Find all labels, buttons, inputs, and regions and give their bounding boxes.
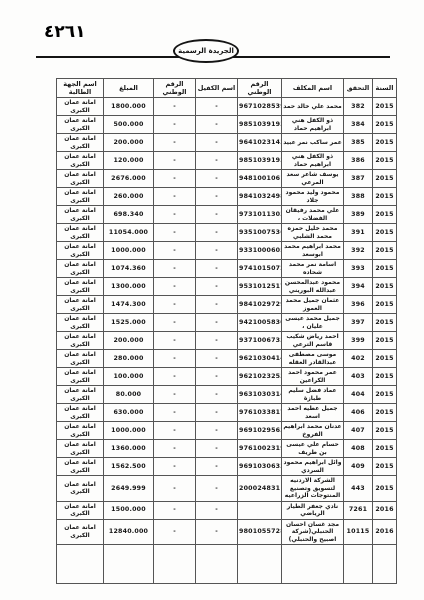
cell-taxpayer-name: احمد رياض شكيب قاسم الترعي (282, 332, 344, 350)
table-row: 2015 389 علي محمد رفيقان الفضلات ، 97310… (57, 206, 397, 224)
cell-taxpayer-name: ذو الكفل هني ابراهيم حماد (282, 116, 344, 134)
table-body: 2015 382 محمد علي خالد حمد 9671028539 - … (57, 98, 397, 584)
cell-assessment: 7261 (344, 501, 373, 519)
cell-assessment: 407 (344, 422, 373, 440)
cell-empty (57, 545, 104, 584)
table-row: 2015 397 جميل محمد عيسى عليان ، 94210058… (57, 314, 397, 332)
table-row: 2015 382 محمد علي خالد حمد 9671028539 - … (57, 98, 397, 116)
cell-sponsor-name: - (196, 134, 238, 152)
cell-assessment: 404 (344, 386, 373, 404)
cell-sponsor-national-id: - (154, 501, 196, 519)
cell-amount: 1474.300 (104, 296, 154, 314)
cell-year: 2015 (373, 404, 397, 422)
cell-sponsor-national-id: - (154, 332, 196, 350)
cell-requesting-agency: امانة عمان الكبرى (57, 350, 104, 368)
header-amount: المبلغ (104, 79, 154, 98)
cell-requesting-agency: امانة عمان الكبرى (57, 386, 104, 404)
cell-year: 2015 (373, 98, 397, 116)
cell-sponsor-name: - (196, 152, 238, 170)
page-number: ٤٢٦١ (44, 22, 86, 42)
cell-sponsor-national-id: - (154, 188, 196, 206)
cell-national-id: 9421005830 (238, 314, 282, 332)
table-row: 2015 384 ذو الكفل هني ابراهيم حماد 98510… (57, 116, 397, 134)
cell-national-id: 9621030414 (238, 350, 282, 368)
cell-sponsor-name: - (196, 476, 238, 502)
cell-empty (104, 545, 154, 584)
cell-national-id: 9371006733 (238, 332, 282, 350)
table-row: 2015 443 الشركة الاردنيه لتسويق وتصنيع ا… (57, 476, 397, 502)
cell-amount: 2649.999 (104, 476, 154, 502)
cell-amount: 1000.000 (104, 422, 154, 440)
cell-national-id: 200024831 (238, 476, 282, 502)
cell-requesting-agency: امانة عمان الكبرى (57, 260, 104, 278)
cell-requesting-agency: امانة عمان الكبرى (57, 278, 104, 296)
cell-amount: 698.340 (104, 206, 154, 224)
table-row: 2015 396 عثمان جميل محمد العموز 98410297… (57, 296, 397, 314)
cell-taxpayer-name: علي محمد رفيقان الفضلات ، (282, 206, 344, 224)
cell-taxpayer-name: ذو الكفل هني ابراهيم حماد (282, 152, 344, 170)
cell-sponsor-name: - (196, 296, 238, 314)
cell-requesting-agency: امانة عمان الكبرى (57, 242, 104, 260)
cell-year: 2015 (373, 332, 397, 350)
cell-assessment: 399 (344, 332, 373, 350)
header-taxpayer-name: اسم المكلف (282, 79, 344, 98)
cell-amount: 120.000 (104, 152, 154, 170)
cell-sponsor-name: - (196, 350, 238, 368)
cell-sponsor-national-id: - (154, 134, 196, 152)
cell-sponsor-name: - (196, 116, 238, 134)
cell-requesting-agency: امانة عمان الكبرى (57, 296, 104, 314)
cell-assessment: 409 (344, 458, 373, 476)
cell-amount: 260.000 (104, 188, 154, 206)
cell-sponsor-name: - (196, 314, 238, 332)
table-header-row: السنة التحقق اسم المكلف الرقم الوطني اسم… (57, 79, 397, 98)
header-assessment: التحقق (344, 79, 373, 98)
cell-sponsor-name: - (196, 404, 238, 422)
cell-assessment: 391 (344, 224, 373, 242)
cell-assessment: 382 (344, 98, 373, 116)
cell-amount: 12840.000 (104, 519, 154, 545)
cell-assessment: 393 (344, 260, 373, 278)
cell-national-id: 9741015072 (238, 260, 282, 278)
cell-requesting-agency: امانة عمان الكبرى (57, 314, 104, 332)
cell-taxpayer-name: محمد خليل حمزه محمد الشلبي (282, 224, 344, 242)
cell-national-id: 9481001061 (238, 170, 282, 188)
cell-national-id: 9531012517 (238, 278, 282, 296)
table-row: 2015 404 عماد فضل سليم طبازة 9631030314 … (57, 386, 397, 404)
cell-assessment: 392 (344, 242, 373, 260)
cell-amount: 500.000 (104, 116, 154, 134)
cell-year: 2015 (373, 134, 397, 152)
cell-national-id: 9351007536 (238, 224, 282, 242)
cell-taxpayer-name: عدنان محمد ابراهيم الفروخ (282, 422, 344, 440)
cell-sponsor-name: - (196, 170, 238, 188)
table-row: 2015 408 حسام علي عيسى بن طريف 976100231… (57, 440, 397, 458)
cell-amount: 200.000 (104, 134, 154, 152)
cell-sponsor-name: - (196, 519, 238, 545)
taxpayers-table: السنة التحقق اسم المكلف الرقم الوطني اسم… (56, 78, 397, 584)
cell-sponsor-national-id: - (154, 152, 196, 170)
cell-assessment: 385 (344, 134, 373, 152)
cell-year: 2015 (373, 152, 397, 170)
header-sponsor-national-id: الرقم الوطني (154, 79, 196, 98)
cell-requesting-agency: امانة عمان الكبرى (57, 519, 104, 545)
cell-national-id: 9331000605 (238, 242, 282, 260)
cell-requesting-agency: امانة عمان الكبرى (57, 170, 104, 188)
cell-year: 2015 (373, 278, 397, 296)
cell-empty (373, 545, 397, 584)
cell-year: 2016 (373, 519, 397, 545)
cell-sponsor-name: - (196, 278, 238, 296)
cell-sponsor-national-id: - (154, 519, 196, 545)
cell-sponsor-national-id: - (154, 476, 196, 502)
cell-sponsor-national-id: - (154, 458, 196, 476)
table-row: 2015 403 عمر محمود احمد الكراعين 9621023… (57, 368, 397, 386)
cell-amount: 11054.000 (104, 224, 154, 242)
cell-amount: 1074.360 (104, 260, 154, 278)
cell-national-id (238, 501, 282, 519)
cell-requesting-agency: امانة عمان الكبرى (57, 422, 104, 440)
table-row: 2015 409 وائل ابراهيم محمود السردي 96910… (57, 458, 397, 476)
cell-national-id: 9631030314 (238, 386, 282, 404)
cell-year: 2015 (373, 242, 397, 260)
cell-sponsor-national-id: - (154, 350, 196, 368)
table-row: 2015 399 احمد رياض شكيب قاسم الترعي 9371… (57, 332, 397, 350)
header-sponsor-name: اسم الكفيل (196, 79, 238, 98)
table-row: 2016 10115 مجد غسان احسان الحنبلي(شركة ا… (57, 519, 397, 545)
cell-requesting-agency: امانة عمان الكبرى (57, 440, 104, 458)
cell-empty (196, 545, 238, 584)
cell-requesting-agency: امانة عمان الكبرى (57, 332, 104, 350)
table-row: 2015 392 محمد ابراهيم محمد ابوسعد 933100… (57, 242, 397, 260)
cell-year: 2015 (373, 458, 397, 476)
cell-sponsor-name: - (196, 368, 238, 386)
cell-national-id: 9691030633 (238, 458, 282, 476)
cell-sponsor-name: - (196, 188, 238, 206)
cell-taxpayer-name: محمد ابراهيم محمد ابوسعد (282, 242, 344, 260)
cell-sponsor-name: - (196, 224, 238, 242)
cell-taxpayer-name: عماد فضل سليم طبازة (282, 386, 344, 404)
cell-taxpayer-name: محمود عبدالمحسن عبدالله البوريني (282, 278, 344, 296)
cell-national-id: 9851039193 (238, 116, 282, 134)
cell-amount: 280.000 (104, 350, 154, 368)
table-row: 2015 393 اسامة نمر محمد شحاده 9741015072… (57, 260, 397, 278)
cell-assessment: 406 (344, 404, 373, 422)
cell-taxpayer-name: موسى مصطفى عبدالقادر العقله (282, 350, 344, 368)
cell-assessment: 394 (344, 278, 373, 296)
table-row: 2015 385 عمر ساكب نمر عبيد 9641023143 - … (57, 134, 397, 152)
cell-requesting-agency: امانة عمان الكبرى (57, 116, 104, 134)
cell-assessment: 408 (344, 440, 373, 458)
cell-requesting-agency: امانة عمان الكبرى (57, 152, 104, 170)
cell-year: 2015 (373, 296, 397, 314)
cell-sponsor-name: - (196, 242, 238, 260)
cell-taxpayer-name: يوسف شاعر سعد المرعي (282, 170, 344, 188)
cell-requesting-agency: امانة عمان الكبرى (57, 134, 104, 152)
cell-sponsor-national-id: - (154, 278, 196, 296)
cell-taxpayer-name: عمر ساكب نمر عبيد (282, 134, 344, 152)
cell-sponsor-national-id: - (154, 368, 196, 386)
cell-sponsor-national-id: - (154, 422, 196, 440)
cell-amount: 1360.000 (104, 440, 154, 458)
cell-year: 2015 (373, 476, 397, 502)
cell-national-id: 9671028539 (238, 98, 282, 116)
cell-year: 2015 (373, 224, 397, 242)
gazette-banner-oval: الجريدة الرسمية (173, 39, 239, 63)
cell-sponsor-national-id: - (154, 296, 196, 314)
cell-sponsor-name: - (196, 332, 238, 350)
cell-sponsor-name: - (196, 206, 238, 224)
cell-sponsor-national-id: - (154, 242, 196, 260)
gazette-banner-title: الجريدة الرسمية (178, 47, 234, 55)
cell-empty (344, 545, 373, 584)
cell-year: 2015 (373, 368, 397, 386)
cell-national-id: 9621023253 (238, 368, 282, 386)
cell-assessment: 388 (344, 188, 373, 206)
cell-taxpayer-name: حسام علي عيسى بن طريف (282, 440, 344, 458)
cell-sponsor-name: - (196, 501, 238, 519)
cell-amount: 1500.000 (104, 501, 154, 519)
table-row: 2015 406 جميل عطيه احمد اسعد 9761033817 … (57, 404, 397, 422)
cell-year: 2015 (373, 260, 397, 278)
cell-national-id: 9851039193 (238, 152, 282, 170)
cell-taxpayer-name: محمد علي خالد حمد (282, 98, 344, 116)
cell-sponsor-national-id: - (154, 440, 196, 458)
cell-sponsor-national-id: - (154, 314, 196, 332)
cell-amount: 200.000 (104, 332, 154, 350)
cell-requesting-agency: امانة عمان الكبرى (57, 98, 104, 116)
cell-assessment: 397 (344, 314, 373, 332)
table-row: 2015 391 محمد خليل حمزه محمد الشلبي 9351… (57, 224, 397, 242)
cell-year: 2015 (373, 314, 397, 332)
cell-year: 2015 (373, 116, 397, 134)
cell-taxpayer-name: اسامة نمر محمد شحاده (282, 260, 344, 278)
cell-assessment: 403 (344, 368, 373, 386)
gazette-page: ٤٢٦١ الجريدة الرسمية السنة التحقق اسم ال… (0, 0, 424, 600)
cell-national-id: 9761002319 (238, 440, 282, 458)
cell-amount: 2676.000 (104, 170, 154, 188)
table-row: 2015 386 ذو الكفل هني ابراهيم حماد 98510… (57, 152, 397, 170)
cell-empty (154, 545, 196, 584)
cell-empty (282, 545, 344, 584)
cell-amount: 80.000 (104, 386, 154, 404)
cell-year: 2015 (373, 350, 397, 368)
cell-amount: 1525.000 (104, 314, 154, 332)
cell-requesting-agency: امانة عمان الكبرى (57, 476, 104, 502)
cell-year: 2015 (373, 206, 397, 224)
cell-sponsor-national-id: - (154, 224, 196, 242)
cell-sponsor-national-id: - (154, 386, 196, 404)
cell-taxpayer-name: مجد غسان احسان الحنبلي(شركة اصبيح والحنب… (282, 519, 344, 545)
table-row: 2015 388 محمود وليد محمود جلاد 984103249… (57, 188, 397, 206)
cell-assessment: 386 (344, 152, 373, 170)
cell-taxpayer-name: الشركة الاردنيه لتسويق وتصنيع المنتوجات … (282, 476, 344, 502)
table-row: 2015 394 محمود عبدالمحسن عبدالله البورين… (57, 278, 397, 296)
cell-sponsor-name: - (196, 98, 238, 116)
cell-national-id: 9761033817 (238, 404, 282, 422)
cell-assessment: 389 (344, 206, 373, 224)
cell-assessment: 384 (344, 116, 373, 134)
table-header: السنة التحقق اسم المكلف الرقم الوطني اسم… (57, 79, 397, 98)
cell-assessment: 387 (344, 170, 373, 188)
cell-requesting-agency: امانة عمان الكبرى (57, 224, 104, 242)
cell-national-id: 9641023143 (238, 134, 282, 152)
cell-sponsor-national-id: - (154, 170, 196, 188)
cell-year: 2015 (373, 170, 397, 188)
cell-national-id: 9691029563 (238, 422, 282, 440)
cell-taxpayer-name: نادي جعفر الطيار الرياضي (282, 501, 344, 519)
cell-taxpayer-name: وائل ابراهيم محمود السردي (282, 458, 344, 476)
cell-sponsor-national-id: - (154, 404, 196, 422)
cell-sponsor-name: - (196, 422, 238, 440)
cell-amount: 1300.000 (104, 278, 154, 296)
cell-sponsor-national-id: - (154, 260, 196, 278)
cell-sponsor-national-id: - (154, 206, 196, 224)
cell-assessment: 443 (344, 476, 373, 502)
header-year: السنة (373, 79, 397, 98)
cell-requesting-agency: امانة عمان الكبرى (57, 188, 104, 206)
cell-taxpayer-name: جميل عطيه احمد اسعد (282, 404, 344, 422)
cell-sponsor-national-id: - (154, 116, 196, 134)
cell-assessment: 396 (344, 296, 373, 314)
table-row: 2015 407 عدنان محمد ابراهيم الفروخ 96910… (57, 422, 397, 440)
cell-national-id: 9841032498 (238, 188, 282, 206)
cell-sponsor-name: - (196, 440, 238, 458)
cell-requesting-agency: امانة عمان الكبرى (57, 501, 104, 519)
cell-national-id: 9841029729 (238, 296, 282, 314)
cell-amount: 630.000 (104, 404, 154, 422)
cell-national-id: 9731011303 (238, 206, 282, 224)
cell-amount: 1000.000 (104, 242, 154, 260)
cell-sponsor-name: - (196, 458, 238, 476)
cell-year: 2015 (373, 440, 397, 458)
cell-taxpayer-name: جميل محمد عيسى عليان ، (282, 314, 344, 332)
cell-sponsor-national-id: - (154, 98, 196, 116)
cell-assessment: 10115 (344, 519, 373, 545)
cell-year: 2015 (373, 188, 397, 206)
cell-taxpayer-name: محمود وليد محمود جلاد (282, 188, 344, 206)
cell-sponsor-name: - (196, 386, 238, 404)
cell-amount: 1800.000 (104, 98, 154, 116)
cell-requesting-agency: امانة عمان الكبرى (57, 206, 104, 224)
cell-amount: 1562.500 (104, 458, 154, 476)
table-row: 2015 387 يوسف شاعر سعد المرعي 9481001061… (57, 170, 397, 188)
cell-year: 2016 (373, 501, 397, 519)
cell-requesting-agency: امانة عمان الكبرى (57, 404, 104, 422)
header-requesting-agency: اسم الجهة الطالبة (57, 79, 104, 98)
cell-requesting-agency: امانة عمان الكبرى (57, 368, 104, 386)
table-row: 2016 7261 نادي جعفر الطيار الرياضي - - 1… (57, 501, 397, 519)
cell-taxpayer-name: عمر محمود احمد الكراعين (282, 368, 344, 386)
cell-empty (238, 545, 282, 584)
cell-taxpayer-name: عثمان جميل محمد العموز (282, 296, 344, 314)
table-row: 2015 402 موسى مصطفى عبدالقادر العقله 962… (57, 350, 397, 368)
empty-row (57, 545, 397, 584)
cell-assessment: 402 (344, 350, 373, 368)
cell-requesting-agency: امانة عمان الكبرى (57, 458, 104, 476)
cell-year: 2015 (373, 386, 397, 404)
header-national-id: الرقم الوطني (238, 79, 282, 98)
cell-national-id: 9801055728 (238, 519, 282, 545)
cell-year: 2015 (373, 422, 397, 440)
cell-sponsor-name: - (196, 260, 238, 278)
cell-amount: 100.000 (104, 368, 154, 386)
